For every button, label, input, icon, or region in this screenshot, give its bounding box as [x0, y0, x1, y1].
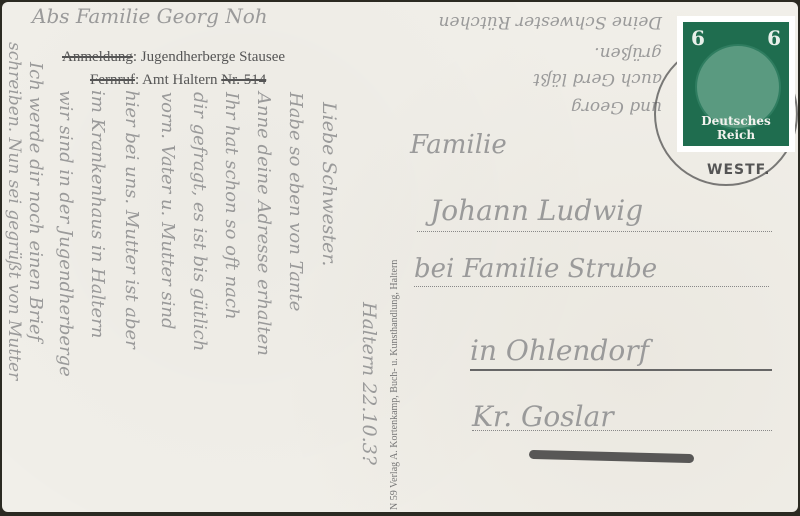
address-line3: bei Familie Strube — [414, 254, 657, 284]
address-rule — [417, 231, 772, 232]
letter-line: im Krankenhaus in Haltern — [87, 90, 108, 338]
letter-line: Anne deine Adresse erhalten — [253, 92, 274, 356]
letter-line: schreiben. Nun sei gegrüßt von Mutter — [4, 42, 24, 380]
note-line: auch Gerd läßt — [533, 69, 662, 89]
letter-line: Ihr hat schon so oft nach — [221, 92, 242, 320]
printed-header-line1: Anmeldung: Jugendherberge Stausee — [62, 49, 285, 66]
struck-number: Nr. 514 — [221, 72, 266, 88]
letter-line: dir gefragt, es ist bis gütlich — [189, 92, 210, 351]
address-line1: Familie — [410, 130, 507, 160]
note-line: Deine Schwester Rütchen — [439, 12, 662, 32]
letter-line: Ich werde dir noch einen Brief — [25, 62, 46, 341]
letter-line: hier bei uns. Mutter ist aber — [121, 90, 142, 349]
struck-fernruf: Fernruf — [90, 72, 135, 88]
pencil-underline — [529, 450, 694, 463]
header-phone: : Amt Haltern — [135, 72, 221, 88]
note-line: grüßen. — [594, 43, 662, 63]
letter-line: Habe so eben von Tante — [285, 92, 306, 311]
address-rule-underline — [470, 369, 772, 371]
note-line: und Georg — [571, 97, 662, 117]
header-hostel: : Jugendherberge Stausee — [133, 49, 285, 65]
printed-header-line2: Fernruf: Amt Haltern Nr. 514 — [90, 72, 266, 89]
greeting: Liebe Schwester. — [318, 102, 340, 266]
upside-down-note: Deine Schwester Rütchen grüßen. auch Ger… — [382, 7, 672, 137]
address-line4: in Ohlendorf — [470, 334, 649, 367]
postage-stamp: 6 6 Deutsches Reich — [677, 16, 795, 152]
struck-anmeldung: Anmeldung — [62, 49, 133, 65]
address-line5: Kr. Goslar — [472, 400, 614, 433]
postcard-back: Abs Familie Georg Noh Anmeldung: Jugendh… — [2, 2, 798, 512]
stamp-value-right: 6 — [767, 26, 781, 50]
address-rule — [472, 430, 772, 431]
sender-note: Abs Familie Georg Noh — [32, 4, 268, 28]
stamp-label: Deutsches Reich — [683, 114, 789, 142]
address-line2: Johann Ludwig — [430, 194, 643, 227]
address-rule — [414, 286, 769, 287]
letter-line: vorn. Vater u. Mutter sind — [157, 92, 178, 330]
publisher-imprint: N 59 Verlag A. Kortenkamp, Buch- u. Kuns… — [389, 260, 400, 510]
place-date: Haltern 22.10.3? — [358, 302, 380, 465]
postmark-text: WESTF. — [707, 162, 770, 178]
letter-line: wir sind in der Jugendherberge — [55, 90, 76, 377]
stamp-value-left: 6 — [691, 26, 705, 50]
